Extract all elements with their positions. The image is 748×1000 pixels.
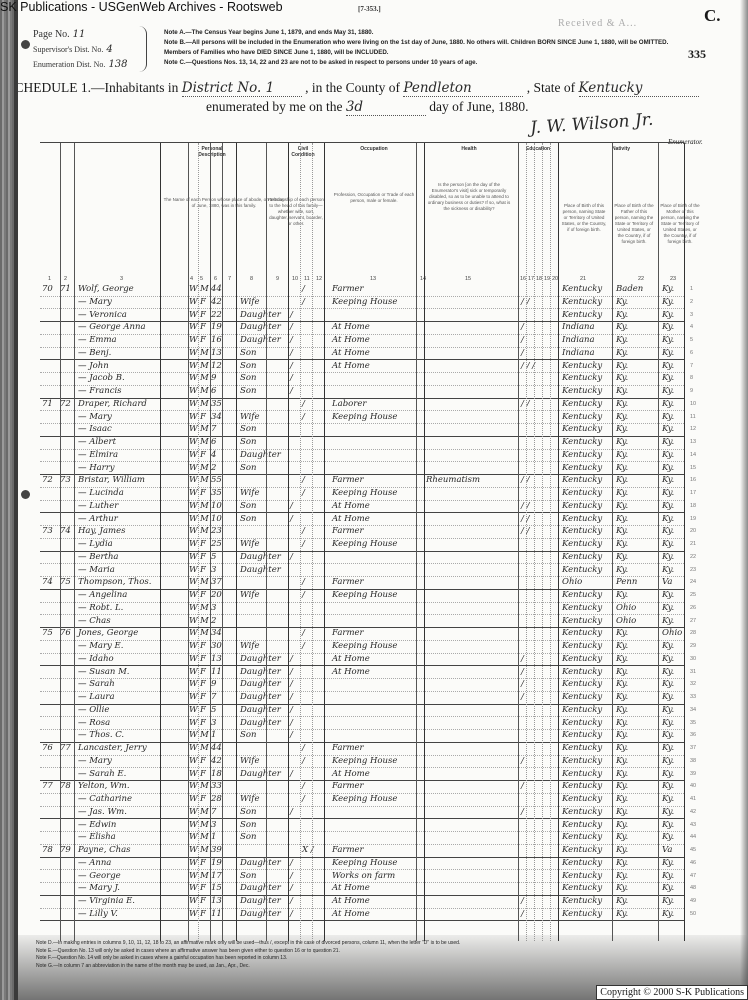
table-row: — VeronicaWF22Daughter/KentuckyKy.Ky.3 (40, 309, 684, 323)
cell-mother: Ky. (662, 857, 674, 869)
line-number: 25 (690, 589, 696, 601)
cell-age: 22 (211, 309, 222, 321)
cell-birth: Kentucky (562, 296, 602, 308)
cell-single: / (290, 882, 293, 894)
cell-sex: M (200, 742, 209, 754)
line-number: 5 (690, 334, 693, 346)
cell-mother: Ky. (662, 870, 674, 882)
table-row: — Virginia E.WF13Daughter/At Home/Kentuc… (40, 895, 684, 909)
column-number: 15 (465, 276, 471, 282)
cell-color: W (189, 564, 198, 576)
cell-age: 11 (211, 666, 222, 678)
state-label: , State of (527, 80, 575, 95)
cell-family: 72 (60, 398, 71, 410)
column-rule (288, 143, 289, 941)
cell-color: W (189, 653, 198, 665)
cell-name: — Mary J. (78, 882, 120, 894)
cell-father: Ky. (616, 436, 628, 448)
column-rule (684, 143, 685, 941)
cell-age: 35 (211, 487, 222, 499)
cell-mother: Ky. (662, 615, 674, 627)
cell-name: — Albert (78, 436, 116, 448)
cell-sex: M (200, 870, 209, 882)
cell-single: / (290, 895, 293, 907)
cell-relation: Daughter (240, 908, 281, 920)
cell-mother: Ohio (662, 627, 682, 639)
enumerated-label: enumerated by me on the (206, 99, 342, 114)
cell-mother: Ky. (662, 589, 674, 601)
column-rule (542, 143, 543, 941)
cell-father: Ky. (616, 768, 628, 780)
cell-relation: Daughter (240, 334, 281, 346)
cell-birth: Kentucky (562, 653, 602, 665)
cell-mother: Ky. (662, 283, 674, 295)
cell-birth: Kentucky (562, 462, 602, 474)
cell-mother: Ky. (662, 666, 674, 678)
cell-relation: Daughter (240, 768, 281, 780)
cell-color: W (189, 385, 198, 397)
cell-father: Ky. (616, 653, 628, 665)
column-number: 6 (214, 276, 217, 282)
cell-birth: Kentucky (562, 500, 602, 512)
cell-age: 37 (211, 576, 222, 588)
table-row: — CatharineWF28Wife/Keeping HouseKentuck… (40, 793, 684, 807)
cell-sex: M (200, 819, 209, 831)
cell-sex: F (200, 564, 206, 576)
cell-birth: Kentucky (562, 474, 602, 486)
cell-birth: Kentucky (562, 602, 602, 614)
cell-sex: F (200, 895, 206, 907)
cell-age: 23 (211, 525, 222, 537)
cell-name: — Elisha (78, 831, 116, 843)
brace (138, 26, 147, 72)
cell-age: 42 (211, 755, 222, 767)
cell-edu: / (521, 347, 524, 359)
cell-name: — Sarah E. (78, 768, 126, 780)
cell-relation: Daughter (240, 691, 281, 703)
cell-age: 42 (211, 296, 222, 308)
table-row: — ChasWM2KentuckyOhioKy.27 (40, 615, 684, 629)
cell-age: 1 (211, 831, 216, 843)
cell-single: / (290, 321, 293, 333)
cell-age: 12 (211, 360, 222, 372)
table-row: 7374Hay, JamesWM23/Farmer/ /KentuckyKy.K… (40, 525, 684, 539)
table-row: — FrancisWM6Son/KentuckyKy.Ky.9 (40, 385, 684, 399)
cell-birth: Kentucky (562, 398, 602, 410)
cell-edu: / (521, 334, 524, 346)
cell-relation: Wife (240, 589, 259, 601)
cell-dwelling: 74 (42, 576, 53, 588)
cell-age: 25 (211, 538, 222, 550)
district: District No. 1 (182, 80, 302, 97)
cell-mother: Ky. (662, 513, 674, 525)
column-number: 7 (228, 276, 231, 282)
cell-single: / (290, 500, 293, 512)
line-number: 38 (690, 755, 696, 767)
cell-color: W (189, 423, 198, 435)
cell-age: 16 (211, 334, 222, 346)
cell-sex: F (200, 666, 206, 678)
line-number: 9 (690, 385, 693, 397)
cell-name: — Arthur (78, 513, 118, 525)
cell-family: 71 (60, 283, 71, 295)
table-row: — IsaacWM7SonKentuckyKy.Ky.12 (40, 423, 684, 437)
cell-edu: / (521, 908, 524, 920)
cell-birth: Kentucky (562, 411, 602, 423)
cell-name: — Angelina (78, 589, 127, 601)
cell-name: — Virginia E. (78, 895, 135, 907)
cell-color: W (189, 831, 198, 843)
cell-occupation: Keeping House (332, 411, 397, 423)
cell-name: — Jacob B. (78, 372, 125, 384)
cell-mother: Ky. (662, 372, 674, 384)
cell-sex: M (200, 423, 209, 435)
table-row: — MaryWF42Wife/Keeping House/ /KentuckyK… (40, 296, 684, 310)
cell-occupation: Farmer (332, 283, 364, 295)
cell-relation: Wife (240, 296, 259, 308)
cell-mother: Ky. (662, 882, 674, 894)
cell-name: Draper, Richard (78, 398, 147, 410)
cell-color: W (189, 870, 198, 882)
cell-relation: Daughter (240, 321, 281, 333)
cell-occupation: At Home (332, 666, 370, 678)
cell-color: W (189, 742, 198, 754)
column-rule (312, 143, 313, 941)
cell-sex: M (200, 831, 209, 843)
cell-name: — Mary (78, 296, 112, 308)
cell-single: / (290, 908, 293, 920)
table-row: 7172Draper, RichardWM35/Laborer/ /Kentuc… (40, 398, 684, 412)
cell-mother: Ky. (662, 449, 674, 461)
cell-sex: F (200, 857, 206, 869)
cell-single: / (290, 385, 293, 397)
cell-sex: M (200, 729, 209, 741)
table-row: 7778Yelton, Wm.WM33/Farmer/KentuckyKy.Ky… (40, 780, 684, 794)
cell-birth: Kentucky (562, 615, 602, 627)
cell-birth: Kentucky (562, 372, 602, 384)
cell-married: / (302, 525, 305, 537)
cell-father: Ky. (616, 296, 628, 308)
table-row: — EdwinWM3SonKentuckyKy.Ky.43 (40, 819, 684, 833)
cell-single: / (290, 691, 293, 703)
enumeration-label: Enumeration Dist. No. (33, 57, 105, 72)
column-rule (324, 143, 325, 941)
column-rule (210, 143, 211, 941)
line-number: 34 (690, 704, 696, 716)
cell-name: — Elmira (78, 449, 118, 461)
cell-occupation: Works on farm (332, 870, 395, 882)
cell-relation: Son (240, 819, 256, 831)
cell-mother: Ky. (662, 806, 674, 818)
cell-relation: Wife (240, 793, 259, 805)
cell-family: 73 (60, 474, 71, 486)
line-number: 7 (690, 360, 693, 372)
cell-age: 34 (211, 627, 222, 639)
cell-name: — Mary (78, 411, 112, 423)
cell-sex: M (200, 462, 209, 474)
cell-birth: Kentucky (562, 857, 602, 869)
cell-age: 4 (211, 449, 216, 461)
cell-birth: Kentucky (562, 895, 602, 907)
cell-married: / (302, 780, 305, 792)
cell-mother: Ky. (662, 564, 674, 576)
cell-age: 2 (211, 615, 216, 627)
cell-occupation: Keeping House (332, 857, 397, 869)
table-row: 7475Thompson, Thos.WM37/FarmerOhioPennVa… (40, 576, 684, 590)
cell-mother: Ky. (662, 309, 674, 321)
column-rule (160, 143, 161, 941)
table-row: — AnnaWF19Daughter/Keeping HouseKentucky… (40, 857, 684, 871)
cell-occupation: Keeping House (332, 640, 397, 652)
line-number: 29 (690, 640, 696, 652)
cell-color: W (189, 398, 198, 410)
cell-relation: Daughter (240, 449, 281, 461)
table-row: — AngelinaWF20Wife/Keeping HouseKentucky… (40, 589, 684, 603)
cell-single: / (290, 551, 293, 563)
cell-sex: M (200, 627, 209, 639)
cell-father: Ky. (616, 793, 628, 805)
cell-color: W (189, 691, 198, 703)
cell-color: W (189, 844, 198, 856)
enumeration-line: enumerated by me on the 3d day of June, … (206, 99, 529, 116)
cell-name: — George (78, 870, 121, 882)
enumeration-no: 138 (108, 57, 127, 72)
cell-birth: Ohio (562, 576, 582, 588)
cell-color: W (189, 678, 198, 690)
cell-age: 55 (211, 474, 222, 486)
cell-mother: Ky. (662, 831, 674, 843)
cell-married: / (302, 398, 305, 410)
cell-married: / (302, 296, 305, 308)
note-g: Note G.—In column 7 an abbreviation in t… (36, 963, 556, 971)
cell-sex: F (200, 768, 206, 780)
cell-mother: Va (662, 844, 672, 856)
cell-birth: Kentucky (562, 704, 602, 716)
cell-occupation: At Home (332, 347, 370, 359)
note-b: Note B.—All persons will be included in … (164, 38, 674, 58)
table-row: — Mary J.WF15Daughter/At HomeKentuckyKy.… (40, 882, 684, 896)
cell-mother: Ky. (662, 321, 674, 333)
cell-sex: F (200, 653, 206, 665)
cell-birth: Kentucky (562, 780, 602, 792)
cell-age: 7 (211, 806, 216, 818)
cell-relation: Son (240, 806, 256, 818)
cell-father: Ky. (616, 372, 628, 384)
line-number: 16 (690, 474, 696, 486)
cell-color: W (189, 283, 198, 295)
line-number: 1 (690, 283, 693, 295)
line-number: 20 (690, 525, 696, 537)
cell-occupation: Laborer (332, 398, 366, 410)
cell-married: / (302, 742, 305, 754)
line-number: 31 (690, 666, 696, 678)
cell-birth: Kentucky (562, 589, 602, 601)
line-number: 11 (690, 411, 696, 423)
table-row: — OllieWF5Daughter/KentuckyKy.Ky.34 (40, 704, 684, 718)
cell-birth: Kentucky (562, 551, 602, 563)
cell-color: W (189, 806, 198, 818)
cell-occupation: At Home (332, 895, 370, 907)
line-number: 15 (690, 462, 696, 474)
cell-age: 30 (211, 640, 222, 652)
cell-relation: Daughter (240, 551, 281, 563)
cell-name: — Jas. Wm. (78, 806, 127, 818)
cell-age: 28 (211, 793, 222, 805)
cell-sex: M (200, 525, 209, 537)
cell-occupation: Farmer (332, 525, 364, 537)
cell-mother: Ky. (662, 602, 674, 614)
line-number: 41 (690, 793, 696, 805)
line-number: 36 (690, 729, 696, 741)
cell-mother: Ky. (662, 436, 674, 448)
cell-relation: Wife (240, 487, 259, 499)
note-c: Note C.—Questions Nos. 13, 14, 22 and 23… (164, 58, 674, 68)
cell-birth: Kentucky (562, 513, 602, 525)
cell-father: Penn (616, 576, 637, 588)
cell-father: Ky. (616, 704, 628, 716)
cell-age: 19 (211, 321, 222, 333)
cell-age: 3 (211, 602, 216, 614)
line-number: 22 (690, 551, 696, 563)
cell-mother: Ky. (662, 423, 674, 435)
cell-birth: Kentucky (562, 538, 602, 550)
cell-father: Ky. (616, 564, 628, 576)
cell-birth: Kentucky (562, 882, 602, 894)
cell-father: Ky. (616, 755, 628, 767)
cell-mother: Ky. (662, 347, 674, 359)
cell-age: 20 (211, 589, 222, 601)
cell-age: 19 (211, 857, 222, 869)
cell-color: W (189, 436, 198, 448)
cell-mother: Ky. (662, 538, 674, 550)
cell-father: Ky. (616, 666, 628, 678)
cell-sex: M (200, 602, 209, 614)
cell-age: 2 (211, 462, 216, 474)
line-number: 45 (690, 844, 696, 856)
col-header-civil: Civil Condition (288, 143, 318, 275)
cell-age: 3 (211, 564, 216, 576)
cell-sex: F (200, 487, 206, 499)
cell-father: Ky. (616, 780, 628, 792)
cell-relation: Wife (240, 411, 259, 423)
cell-sex: M (200, 780, 209, 792)
county: Pendleton (403, 80, 523, 97)
cell-age: 7 (211, 423, 216, 435)
cell-mother: Ky. (662, 653, 674, 665)
cell-name: Wolf, George (78, 283, 134, 295)
cell-age: 10 (211, 513, 222, 525)
cell-mother: Ky. (662, 780, 674, 792)
cell-age: 33 (211, 780, 222, 792)
line-number: 39 (690, 768, 696, 780)
cell-name: Bristar, William (78, 474, 145, 486)
line-number: 49 (690, 895, 696, 907)
cell-birth: Kentucky (562, 755, 602, 767)
cell-married: / (302, 283, 305, 295)
state: Kentucky (579, 80, 699, 97)
cell-mother: Ky. (662, 640, 674, 652)
cell-family: 75 (60, 576, 71, 588)
cell-color: W (189, 666, 198, 678)
table-row: 7576Jones, GeorgeWM34/FarmerKentuckyKy.O… (40, 627, 684, 641)
cell-sex: F (200, 589, 206, 601)
supervisor-label: Supervisor's Dist. No. (33, 42, 103, 57)
cell-birth: Kentucky (562, 742, 602, 754)
table-row: — AlbertWM6SonKentuckyKy.Ky.13 (40, 436, 684, 450)
cell-sex: F (200, 908, 206, 920)
cell-father: Ky. (616, 870, 628, 882)
cell-father: Ky. (616, 347, 628, 359)
table-row: — Robt. L.WM3KentuckyOhioKy.26 (40, 602, 684, 616)
cell-age: 44 (211, 283, 222, 295)
cell-name: — Mary E. (78, 640, 123, 652)
line-number: 23 (690, 564, 696, 576)
cell-edu: / (521, 678, 524, 690)
cell-relation: Daughter (240, 857, 281, 869)
table-row: — Sarah E.WF18Daughter/At HomeKentuckyKy… (40, 768, 684, 782)
cell-color: W (189, 768, 198, 780)
schedule-prefix: SCHEDULE 1.—Inhabitants in (7, 80, 178, 95)
cell-edu: / (521, 895, 524, 907)
supervisor-no: 4 (106, 42, 112, 57)
cell-color: W (189, 538, 198, 550)
cell-birth: Kentucky (562, 423, 602, 435)
cell-color: W (189, 627, 198, 639)
cell-relation: Wife (240, 640, 259, 652)
cell-father: Ky. (616, 538, 628, 550)
cell-mother: Ky. (662, 334, 674, 346)
cell-single: / (290, 704, 293, 716)
cell-occupation: At Home (332, 768, 370, 780)
cell-sex: M (200, 372, 209, 384)
column-number: 5 (200, 276, 203, 282)
cell-father: Ky. (616, 321, 628, 333)
cell-relation: Son (240, 423, 256, 435)
cell-color: W (189, 487, 198, 499)
cell-sex: M (200, 283, 209, 295)
cell-single: / (290, 806, 293, 818)
cell-mother: Ky. (662, 755, 674, 767)
cell-family: 76 (60, 627, 71, 639)
cell-father: Ky. (616, 385, 628, 397)
table-row: 7273Bristar, WilliamWM55/FarmerRheumatis… (40, 474, 684, 488)
cell-edu: / (521, 653, 524, 665)
cell-single: / (290, 666, 293, 678)
sheet-number: 335 (688, 47, 706, 62)
table-row: — RosaWF3Daughter/KentuckyKy.Ky.35 (40, 717, 684, 731)
cell-occupation: At Home (332, 500, 370, 512)
cell-family: 78 (60, 780, 71, 792)
table-row: — ElmiraWF4DaughterKentuckyKy.Ky.14 (40, 449, 684, 463)
cell-color: W (189, 296, 198, 308)
cell-mother: Ky. (662, 691, 674, 703)
cell-age: 13 (211, 347, 222, 359)
cell-mother: Ky. (662, 704, 674, 716)
table-row: — ArthurWM10Son/At Home/ /KentuckyKy.Ky.… (40, 513, 684, 527)
cell-relation: Son (240, 870, 256, 882)
cell-birth: Kentucky (562, 819, 602, 831)
cell-mother: Ky. (662, 793, 674, 805)
cell-single: / (290, 729, 293, 741)
table-row: — George AnnaWF19Daughter/At Home/Indian… (40, 321, 684, 335)
cell-birth: Indiana (562, 334, 595, 346)
cell-single: / (290, 360, 293, 372)
cell-age: 3 (211, 819, 216, 831)
cell-relation: Son (240, 360, 256, 372)
cell-edu: / (521, 806, 524, 818)
cell-father: Ky. (616, 844, 628, 856)
cell-age: 18 (211, 768, 222, 780)
